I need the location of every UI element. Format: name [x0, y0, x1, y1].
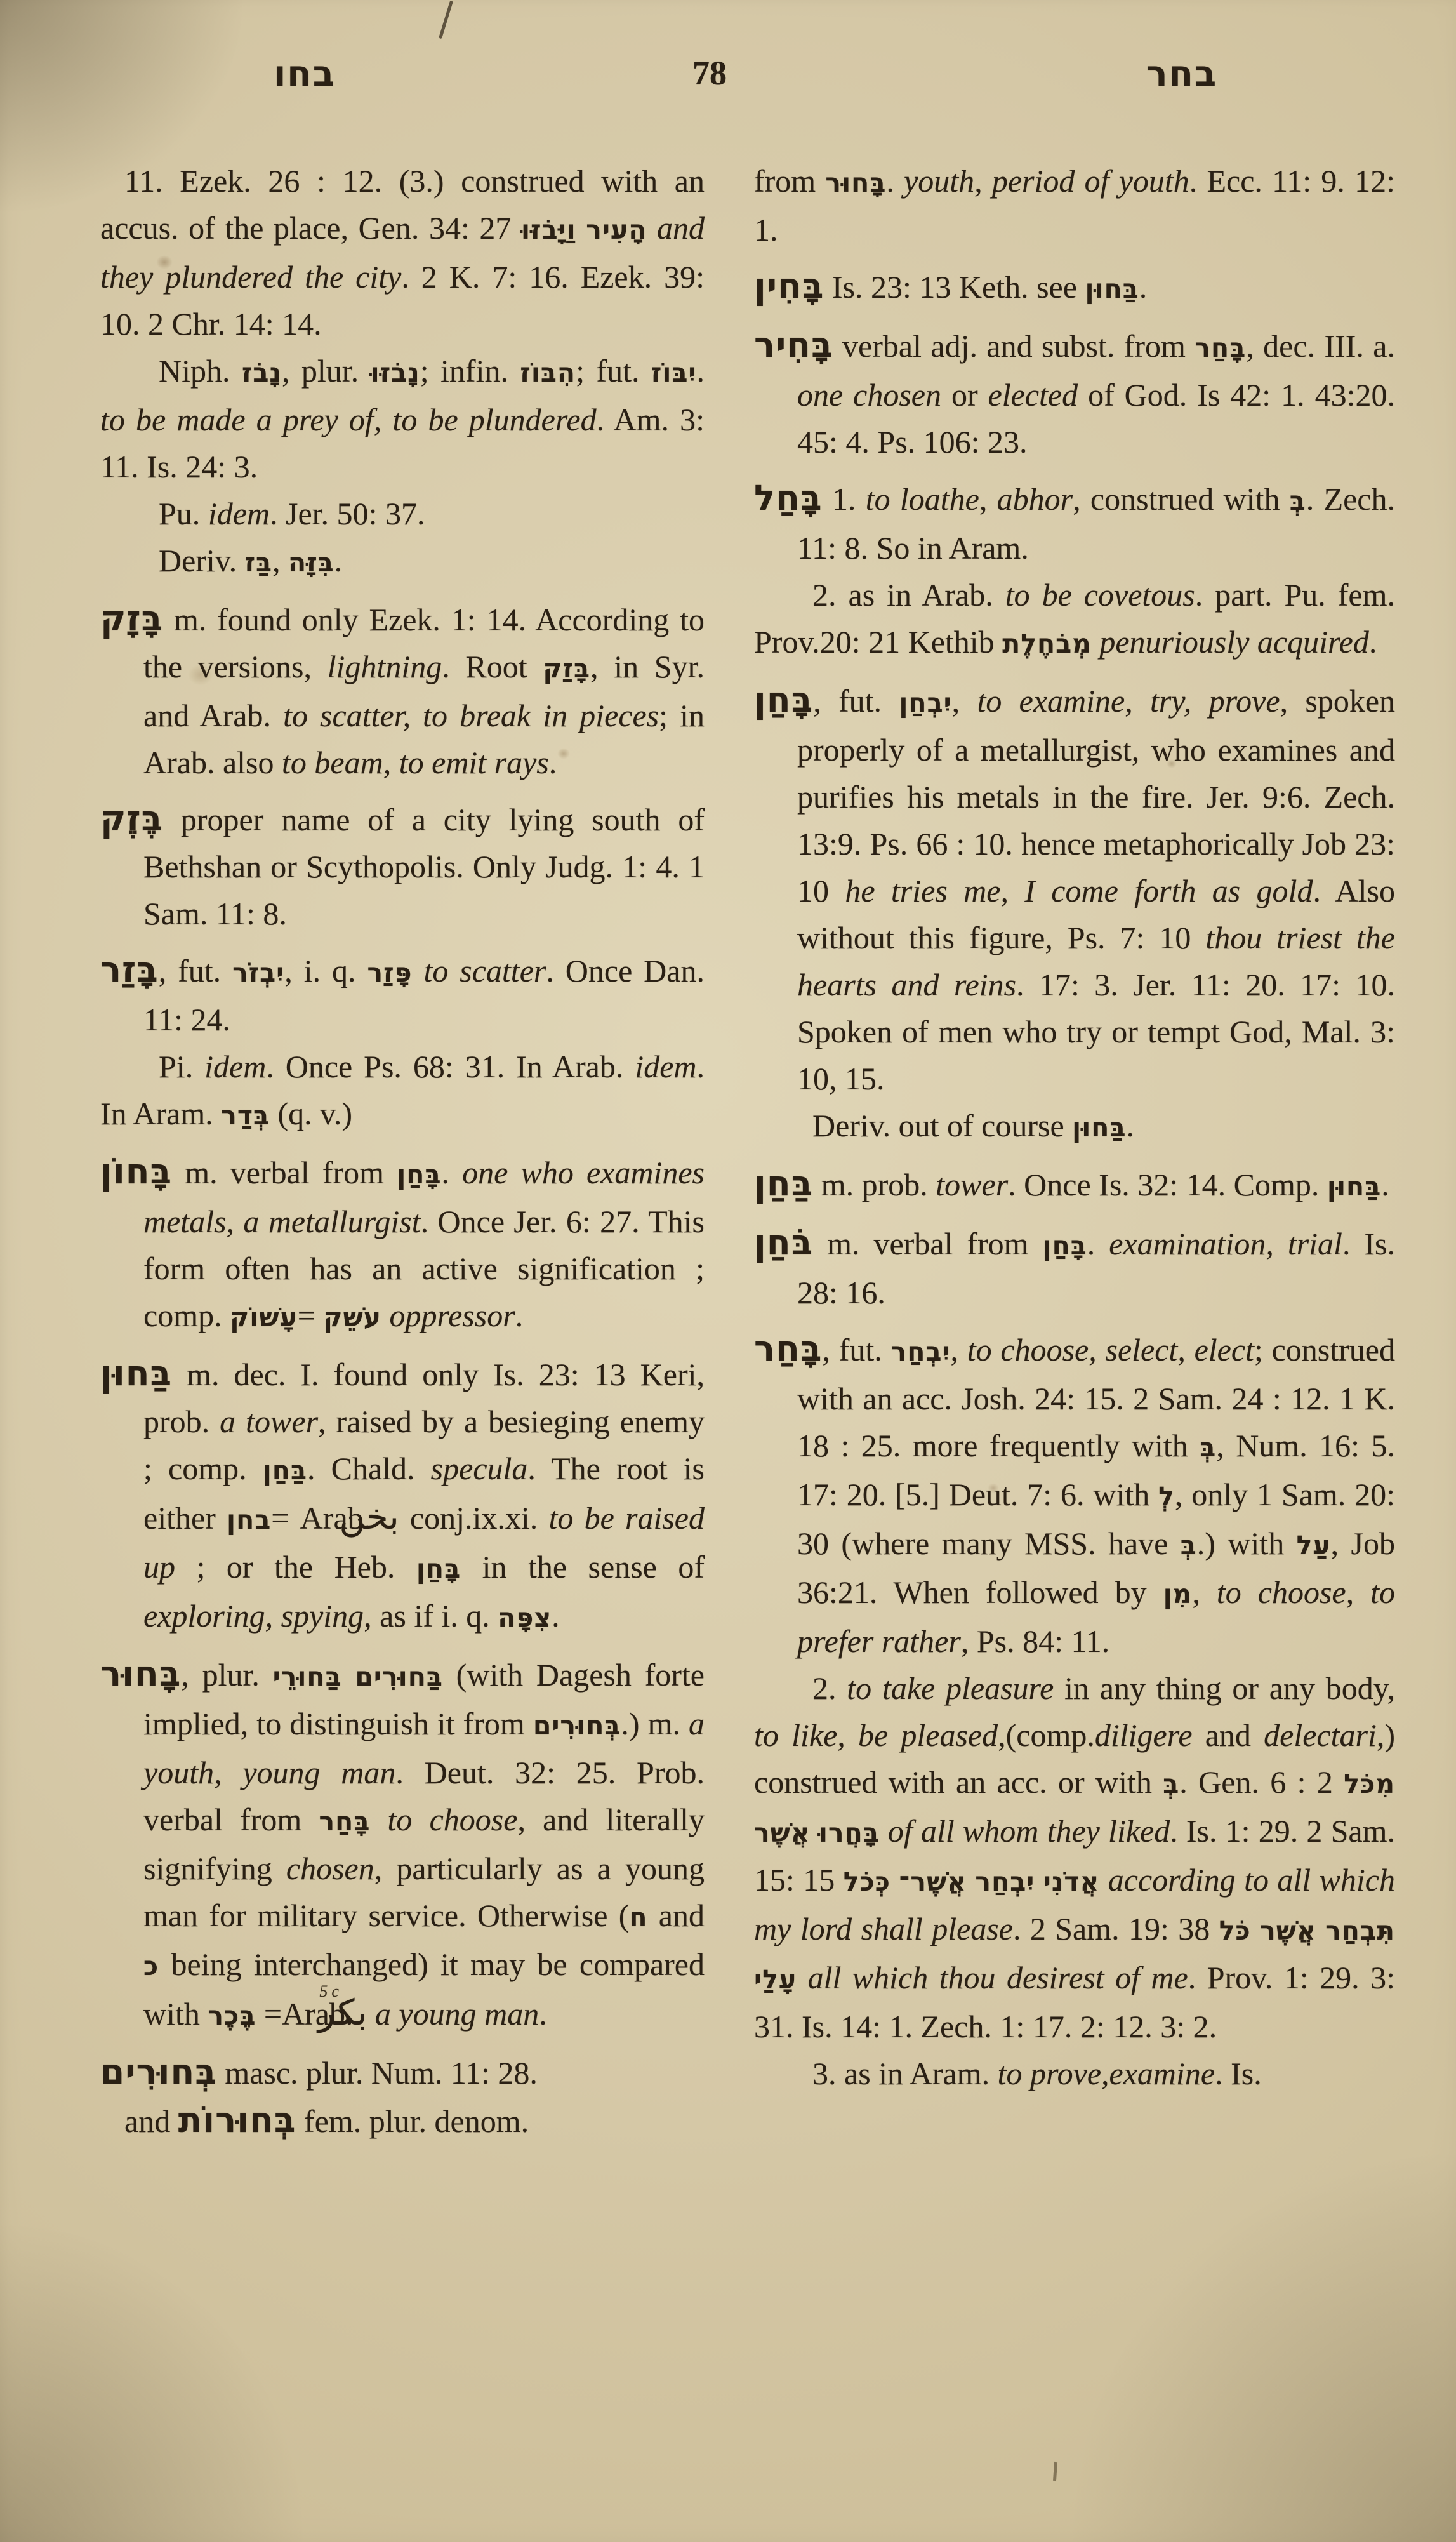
text: . [1369, 624, 1377, 660]
italic-text: abhor [997, 481, 1073, 517]
header-catchword-right: בחר [1146, 53, 1217, 95]
text: . Root [442, 649, 543, 684]
text: , [1192, 1574, 1217, 1610]
text: . Gen. 6 : 2 [1179, 1764, 1344, 1800]
hebrew-word: בָּחַן [1043, 1230, 1087, 1261]
hebrew-word: בָּזַק [543, 653, 590, 684]
text: from [754, 163, 825, 199]
entry: בֹּחַן m. verbal from בָּחַן. examinatio… [754, 1219, 1395, 1316]
hebrew-word: עָשׁוֹק [230, 1302, 298, 1333]
hebrew-headword: בְּחוּרִים [100, 2051, 217, 2092]
hebrew-word: עָלַי [754, 1964, 797, 1995]
text: 2. [812, 1670, 847, 1706]
text: ,(comp. [998, 1717, 1095, 1753]
text: conj.ix.xi. [399, 1500, 549, 1536]
hebrew-word: בַּחוּן [1085, 274, 1139, 304]
text: masc. plur. Num. 11: 28. [217, 2055, 538, 2091]
italic-text: oppressor [381, 1298, 515, 1333]
italic-text: to choose, select, elect [967, 1332, 1254, 1367]
ink-mark-artifact [1053, 2462, 1057, 2481]
italic-text: to examine, try, prove [977, 683, 1280, 719]
italic-text: a tower [220, 1404, 318, 1439]
text: (q. v.) [270, 1096, 352, 1131]
hebrew-word: אֲשֶׁר [1260, 1915, 1316, 1946]
text: . Once Ps. 68: 31. In Arab. [266, 1049, 635, 1084]
hebrew-word: יִבּוֹז [651, 357, 697, 388]
hebrew-headword: בָּחוֹן [100, 1151, 172, 1192]
hebrew-headword: בָּזַר [100, 949, 159, 990]
italic-text: all which thou desirest of me [797, 1960, 1188, 1995]
text: verbal adj. and subst. from [833, 328, 1195, 364]
text: , construed with [1073, 481, 1290, 517]
text: , Ps. 84: 11. [961, 1623, 1109, 1659]
hebrew-word: הִבּוֹז [520, 357, 576, 388]
italic-text: elected [988, 377, 1078, 413]
text: . [441, 1155, 462, 1190]
hebrew-headword: בָּחוּר [100, 1653, 181, 1694]
italic-text: idem [204, 1049, 266, 1084]
hebrew-word: תִּבְחַר [1325, 1915, 1395, 1946]
entry: 3. as in Aram. to prove,examine. Is. [754, 2050, 1395, 2097]
text: . [1126, 1108, 1134, 1143]
text: m. verbal from [172, 1155, 397, 1190]
hebrew-headword: בְּחוּרוֹת [178, 2099, 296, 2140]
text: . [1087, 1226, 1109, 1261]
hebrew-word: נָבֹזּוּ [371, 357, 420, 388]
entry: Pi. idem. Once Ps. 68: 31. In Arab. idem… [100, 1043, 705, 1139]
hebrew-word: מִן [1163, 1579, 1193, 1609]
entry: Deriv. out of course בַּחוּן. [754, 1102, 1395, 1151]
entry: בַּחַן m. prob. tower. Once Is. 32: 14. … [754, 1160, 1395, 1210]
arabic-word: 5cبكر [361, 1990, 367, 2037]
text: ; infin. [420, 353, 520, 389]
hebrew-word: בַּז [245, 547, 272, 578]
text: . [697, 353, 705, 389]
text: . [1381, 1167, 1389, 1202]
entry: 2. as in Arab. to be covetous. part. Pu.… [754, 571, 1395, 667]
text: , [950, 1332, 967, 1367]
entry: 11. Ezek. 26 : 12. (3.) construed with a… [100, 157, 705, 347]
text: . [549, 745, 557, 780]
hebrew-word: אֲדֹנִי [1043, 1867, 1100, 1897]
text: in any thing or any body, [1054, 1670, 1395, 1706]
text: proper name of a city lying south of Bet… [143, 802, 705, 931]
hebrew-word: עֹשֵׁק [323, 1302, 381, 1333]
entry: בָּזַר, fut. יִבְזֹר, i. q. פָּזַר to sc… [100, 946, 705, 1043]
hebrew-headword: בָּחַן [754, 679, 813, 720]
text: Niph. [159, 353, 242, 389]
entry: בָּחוּר, plur. בַּחוּרֵי בַּחוּרִים (wit… [100, 1650, 705, 2039]
text: . [1139, 269, 1148, 305]
hebrew-word: בַּחוּן [1072, 1112, 1126, 1143]
hebrew-word: בָּחַר [319, 1806, 370, 1837]
text: 1. [823, 481, 866, 517]
italic-text: to prove,examine [998, 2056, 1215, 2091]
hebrew-word: אֲשֶׁר [754, 1818, 811, 1848]
hebrew-headword: בָּחִין [754, 265, 824, 306]
text: . [886, 163, 904, 199]
column-left: 11. Ezek. 26 : 12. (3.) construed with a… [100, 157, 705, 2145]
hebrew-word: בְּ [1200, 1432, 1216, 1463]
hebrew-word: מִכֹּל [1344, 1769, 1395, 1799]
hebrew-word: ח [629, 1902, 647, 1933]
hebrew-word: יִבְזֹר [232, 957, 284, 988]
hebrew-headword: בָּחַל [754, 477, 823, 518]
hebrew-word: בַּחַן [263, 1455, 307, 1486]
hebrew-word: בְּ [1181, 1530, 1197, 1560]
header-catchword-left: בחו [274, 53, 336, 95]
hebrew-word: בִּזָּה [288, 547, 334, 578]
italic-text: to be made a prey of, to be plundered [100, 402, 597, 437]
italic-text: to scatter [413, 953, 546, 988]
italic-text: to beam, to emit rays [282, 745, 549, 780]
hebrew-word: בְּדַר [221, 1100, 270, 1131]
italic-text: delectari [1264, 1717, 1377, 1753]
hebrew-word: בֶּכֶר [208, 2000, 256, 2031]
page-number: 78 [692, 53, 727, 93]
entry: Niph. נָבֹז, plur. נָבֹזּוּ; infin. הִבּ… [100, 347, 705, 490]
hebrew-word: בַּחוּן [1327, 1171, 1381, 1202]
text: 3. as in Aram. [812, 2056, 998, 2091]
text: , plur. [181, 1657, 272, 1693]
text: Is. 23: 13 Keth. see [824, 269, 1085, 305]
entry: בֶּזֶק proper name of a city lying south… [100, 795, 705, 937]
entry: and בְּחוּרוֹת fem. plur. denom. [100, 2096, 705, 2145]
hebrew-word: נָבֹז [242, 357, 282, 388]
hebrew-word: בחן [227, 1505, 271, 1535]
hebrew-word: בְּ [1290, 486, 1306, 516]
text: and [1193, 1717, 1264, 1753]
italic-text: to take pleasure [847, 1670, 1054, 1706]
entry: בָּזָק m. found only Ezek. 1: 14. Accord… [100, 595, 705, 786]
hebrew-word: מְבֹחֶלֶת [1002, 629, 1092, 659]
hebrew-word: בָּחַן [416, 1554, 461, 1584]
arabic-word: بخن [382, 1494, 399, 1541]
hebrew-word: בַּחוּרֵי [273, 1661, 342, 1692]
italic-text: youth, period of youth [904, 163, 1189, 199]
hebrew-headword: בֶּזֶק [100, 798, 163, 839]
hebrew-word: כְּכֹל [844, 1867, 890, 1897]
lexicon-page: בחו 78 בחר 11. Ezek. 26 : 12. (3.) const… [0, 0, 1456, 2542]
entry: בַּחוּן m. dec. I. found only Is. 23: 13… [100, 1350, 705, 1641]
arabic-text: بخن [339, 1496, 399, 1538]
italic-text: one chosen [797, 377, 941, 413]
text: .) with [1197, 1526, 1297, 1561]
text: . Is. [1215, 2056, 1262, 2091]
hebrew-word: בָּחֲרוּ [819, 1818, 880, 1848]
hebrew-word: וַיָּבֹזּוּ [521, 215, 576, 245]
hebrew-word: בְּחוּרִים [533, 1710, 621, 1741]
text: . [539, 1996, 547, 2032]
hebrew-word: כֹּל [1219, 1915, 1251, 1946]
text: in the sense of [461, 1549, 705, 1585]
entry: בָּחִיר verbal adj. and subst. from בָּח… [754, 321, 1395, 465]
hebrew-word: צִפָּה [498, 1602, 552, 1633]
hebrew-headword: בַּחַן [754, 1163, 813, 1204]
text: = [298, 1298, 324, 1333]
italic-text: a young man [367, 1996, 539, 2032]
hebrew-headword: בָּזָק [100, 598, 163, 639]
pen-stroke-artifact [439, 1, 453, 39]
text: . Once Is. 32: 14. Comp. [1008, 1167, 1327, 1202]
hebrew-word: הָעִיר [586, 215, 647, 245]
italic-text: diligere [1095, 1717, 1193, 1753]
column-right: from בָּחוּר. youth, period of youth. Ec… [754, 157, 1395, 2097]
text: ; fut. [576, 353, 651, 389]
text: ; or the Heb. [175, 1549, 416, 1585]
text: m. verbal from [813, 1226, 1042, 1261]
italic-text: to be covetous [1005, 577, 1195, 613]
hebrew-word: יִבְחַר [975, 1867, 1035, 1897]
italic-text: penuriously acquired [1092, 624, 1369, 660]
text: , i. q. [284, 953, 367, 988]
hebrew-word: פָּזַר [367, 957, 412, 988]
text: , fut. [822, 1332, 890, 1367]
italic-text: exploring, spying [143, 1598, 364, 1634]
text: . Chald. [307, 1451, 431, 1486]
running-header: בחו 78 בחר [0, 53, 1456, 110]
text: . [552, 1598, 560, 1634]
italic-text: idem [635, 1049, 696, 1084]
italic-text: to like, be pleased [754, 1717, 998, 1753]
hebrew-headword: בָּחַר [754, 1328, 822, 1369]
hebrew-word: בָּחַר [1195, 333, 1246, 363]
text: , fut. [813, 683, 899, 719]
text: Pu. [159, 496, 208, 531]
text: , [272, 543, 288, 578]
text: or [941, 377, 988, 413]
text: . 2 Sam. 19: 38 [1013, 1911, 1219, 1946]
italic-text: of all whom they liked [880, 1813, 1170, 1849]
entry: בָּחַן, fut. יִבְחַן, to examine, try, p… [754, 676, 1395, 1102]
hebrew-headword: בַּחוּן [100, 1353, 172, 1394]
hebrew-headword: בָּחִיר [754, 324, 833, 365]
text: m. prob. [813, 1167, 936, 1202]
italic-text: chosen [286, 1851, 374, 1886]
hebrew-word: אֲשֶׁר־ [899, 1867, 967, 1897]
text: , dec. III. a. [1246, 328, 1395, 364]
text: , [979, 481, 997, 517]
entry: בָּחִין Is. 23: 13 Keth. see בַּחוּן. [754, 262, 1395, 312]
italic-text: idem [208, 496, 270, 531]
text: Pi. [159, 1049, 204, 1084]
entry: Deriv. בַּז, בִּזָּה. [100, 537, 705, 586]
hebrew-word: בַּחוּרִים [355, 1661, 443, 1692]
entry: בָּחַר, fut. יִבְחַר, to choose, select,… [754, 1325, 1395, 1665]
hebrew-word: לְ [1158, 1481, 1175, 1512]
text: . [515, 1298, 524, 1333]
italic-text: to loathe [866, 481, 979, 517]
text: , fut. [159, 953, 232, 988]
entry: בָּחוֹן m. verbal from בָּחַן. one who e… [100, 1148, 705, 1341]
entry: 2. to take pleasure in any thing or any … [754, 1665, 1395, 2050]
text: Deriv. [159, 543, 245, 578]
hebrew-word: בְּ [1163, 1769, 1179, 1799]
italic-text: to choose [370, 1802, 517, 1837]
text: and [124, 2103, 178, 2139]
italic-text: examination, trial [1109, 1226, 1342, 1261]
entry: from בָּחוּר. youth, period of youth. Ec… [754, 157, 1395, 253]
italic-text: tower [936, 1167, 1008, 1202]
entry: בָּחַל 1. to loathe, abhor, construed wi… [754, 474, 1395, 571]
text: . Jer. 50: 37. [270, 496, 425, 531]
hebrew-word: בָּחַן [397, 1159, 441, 1190]
text: and [648, 1898, 705, 1933]
italic-text: specula [431, 1451, 528, 1486]
hebrew-word: בָּחוּר [825, 168, 886, 198]
entry: Pu. idem. Jer. 50: 37. [100, 490, 705, 537]
text: , as if i. q. [364, 1598, 498, 1634]
hebrew-word: יִבְחַר [891, 1336, 951, 1367]
italic-text: lightning [328, 649, 442, 684]
text: .) m. [621, 1706, 689, 1741]
hebrew-word: כ [143, 1951, 159, 1981]
hebrew-word: יִבְחַן [899, 688, 951, 718]
text: , [952, 683, 977, 719]
text: fem. plur. denom. [296, 2103, 529, 2139]
hebrew-headword: בֹּחַן [754, 1222, 813, 1263]
entry: בְּחוּרִים masc. plur. Num. 11: 28. [100, 2048, 705, 2096]
hebrew-word: עַל [1297, 1530, 1331, 1560]
text: , plur. [282, 353, 371, 389]
italic-text: he tries me, I come forth as gold [845, 873, 1313, 908]
text: . [334, 543, 343, 578]
text: 2. as in Arab. [812, 577, 1005, 613]
italic-text: to scatter, to break in pieces [283, 698, 659, 733]
text: Deriv. out of course [812, 1108, 1072, 1143]
